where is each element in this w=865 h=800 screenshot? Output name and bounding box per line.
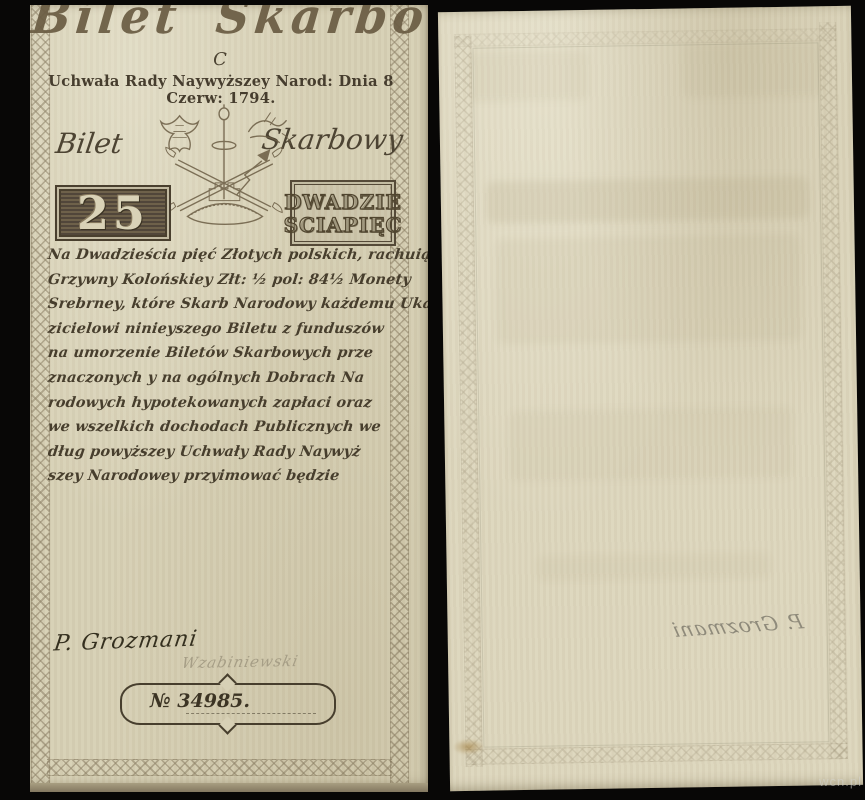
body-line: na umorzenie Biletów Skarbowych prze <box>46 341 415 366</box>
value-word-line1: DWADZIE <box>284 191 402 213</box>
showthrough-smudge <box>536 552 769 582</box>
paper-edge-shadow <box>30 783 428 792</box>
body-line: zicielowi ninieyszego Biletu z funduszów <box>46 317 415 342</box>
ornamental-header: Bilet Skarbowy <box>30 5 428 44</box>
signature-primary: P. Grozmani <box>52 626 199 656</box>
auction-photo-stage: Bilet Skarbowy C Uchwała Rady Naywyższey… <box>0 0 865 800</box>
showthrough-smudge <box>509 407 793 481</box>
eagle-icon <box>161 116 198 152</box>
showthrough-smudge <box>486 176 810 223</box>
cartouche-notch-bottom <box>218 716 236 734</box>
signature-secondary: Wzabiniewski <box>180 652 300 672</box>
value-word-line2: SCIAPIĘC <box>284 214 403 236</box>
banknote-front: Bilet Skarbowy C Uchwała Rady Naywyższey… <box>30 5 428 792</box>
showthrough-smudge <box>681 41 822 98</box>
back-inner-frame <box>472 42 829 747</box>
resolution-line: Uchwała Rady Naywyższey Narod: Dnia 8 Cz… <box>30 73 412 107</box>
corner-stain <box>452 739 484 756</box>
site-watermark: wcn.pl <box>819 774 862 789</box>
value-word-box: DWADZIE SCIAPIĘC <box>290 180 396 246</box>
showthrough-smudge <box>496 235 801 345</box>
horseman-icon <box>249 113 290 144</box>
obligation-text: Na Dwadzieścia pięć Złotych polskich, ra… <box>48 243 414 489</box>
body-line: Grzywny Kolońskiey Złt: ½ pol: 84½ Monet… <box>46 268 415 293</box>
arrow-icon <box>237 150 270 194</box>
serial-number: № 34985. <box>150 690 250 712</box>
serial-prefix: № <box>150 690 171 712</box>
cartouche-notch-top <box>218 673 236 691</box>
showthrough-smudge <box>469 50 590 102</box>
mound-and-fort <box>187 183 262 224</box>
body-line: rodowych hypotekowanych zapłaci oraz <box>46 391 415 416</box>
value-numeral: 25 <box>77 186 149 240</box>
serial-underline <box>186 713 316 714</box>
body-line: dług powyższey Uchwały Rady Naywyż <box>46 440 415 465</box>
arms-vignette <box>150 103 298 245</box>
serial-cartouche: № 34985. <box>120 683 336 725</box>
body-line: znaczonych y na ogólnych Dobrach Na <box>46 366 415 391</box>
value-numeral-box: 25 <box>55 185 171 241</box>
title-bilet: Bilet <box>54 127 125 160</box>
banknote-back: P. Grozmani <box>438 6 863 791</box>
body-line: Na Dwadzieścia pięć Złotych polskich, ra… <box>46 243 415 268</box>
series-letter: C <box>30 49 410 70</box>
serial-value: 34985. <box>177 690 250 712</box>
border-ornament-bottom <box>47 759 392 776</box>
body-line: we wszelkich dochodach Publicznych we <box>46 415 415 440</box>
body-line: szey Narodowey przyimować będzie <box>46 464 415 489</box>
body-line: Srebrney, które Skarb Narodowy każdemu U… <box>46 292 415 317</box>
